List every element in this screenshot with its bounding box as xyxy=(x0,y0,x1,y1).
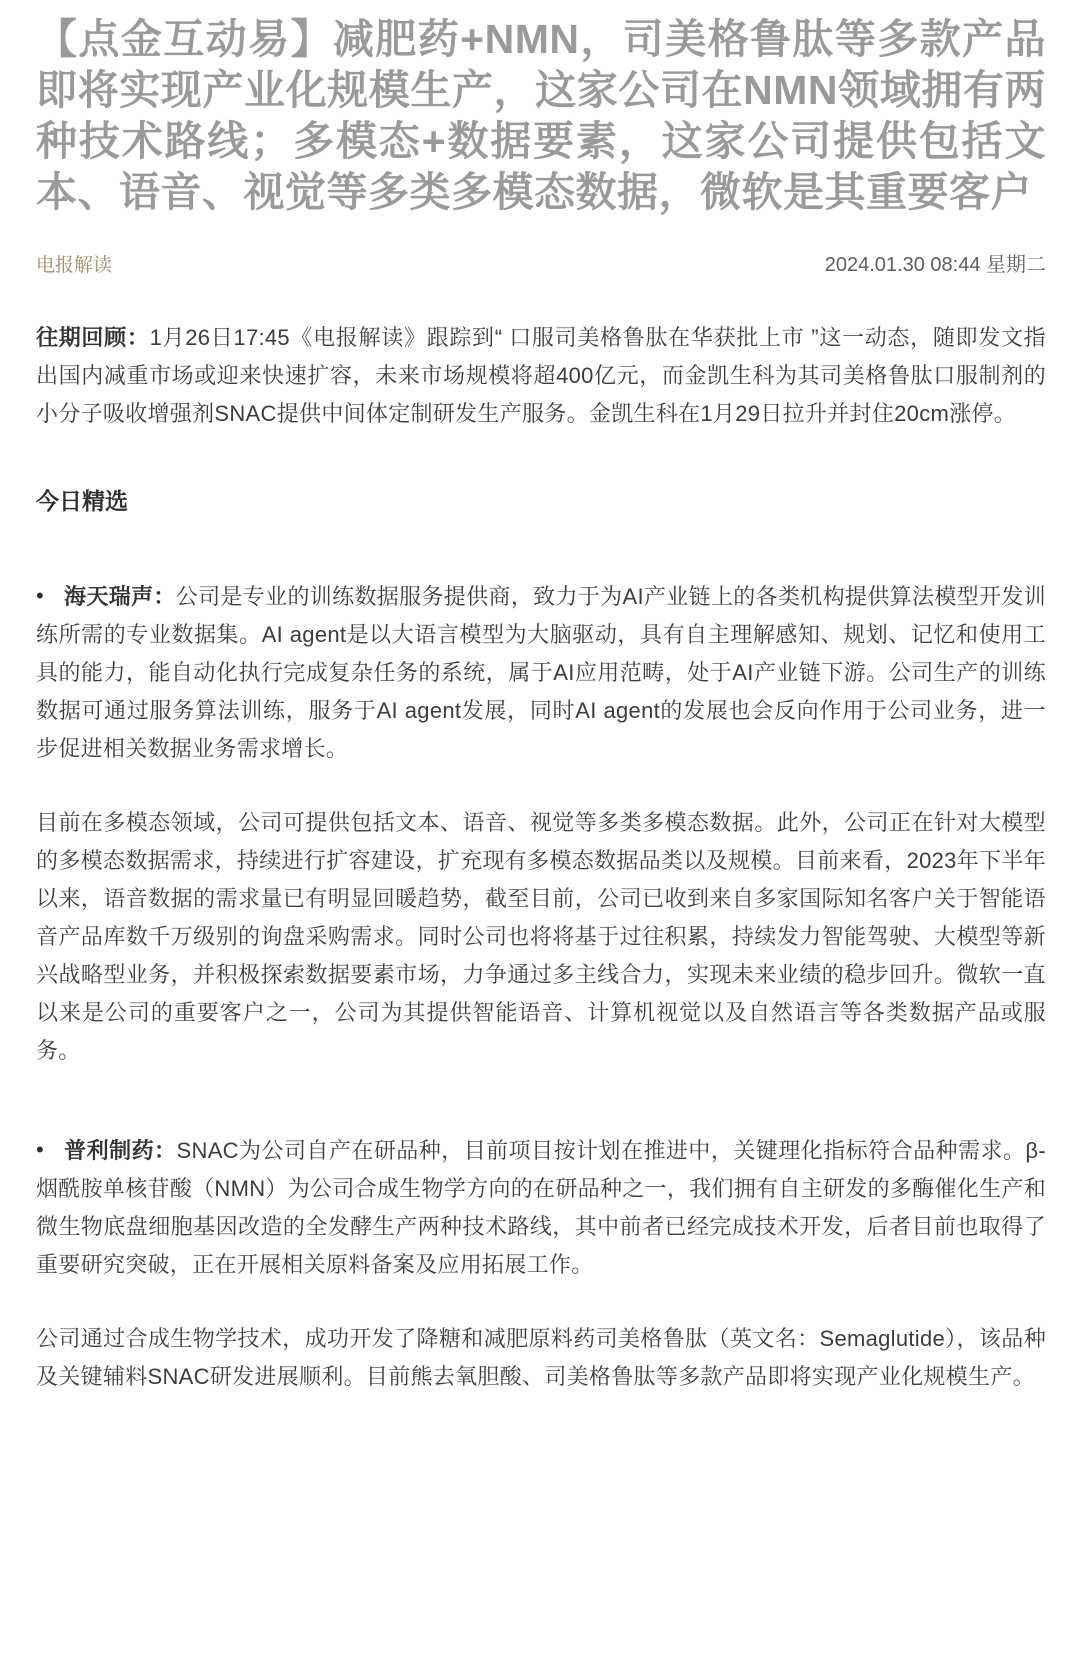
review-label: 往期回顾： xyxy=(36,325,150,350)
item-paragraph-text: SNAC为公司自产在研品种，目前项目按计划在推进中，关键理化指标符合品种需求。β… xyxy=(36,1138,1046,1277)
article-title: 【点金互动易】减肥药+NMN，司美格鲁肽等多款产品即将实现产业化规模生产，这家公… xyxy=(36,14,1046,218)
review-text: 1月26日17:45《电报解读》跟踪到“ 口服司美格鲁肽在华获批上市 ”这一动态… xyxy=(36,325,1046,426)
article-page: 【点金互动易】减肥药+NMN，司美格鲁肽等多款产品即将实现产业化规模生产，这家公… xyxy=(0,0,1080,1680)
company-name: 普利制药： xyxy=(64,1138,177,1163)
bullet-icon: • xyxy=(36,577,44,615)
company-name: 海天瑞声： xyxy=(64,584,176,609)
meta-row: 电报解读 2024.01.30 08:44 星期二 xyxy=(36,248,1046,277)
list-item-haitianruisheng: •海天瑞声：公司是专业的训练数据服务提供商，致力于为AI产业链上的各类机构提供算… xyxy=(36,578,1046,768)
publish-datetime: 2024.01.30 08:44 星期二 xyxy=(825,248,1046,277)
review-paragraph: 往期回顾：1月26日17:45《电报解读》跟踪到“ 口服司美格鲁肽在华获批上市 … xyxy=(36,319,1046,433)
today-section-heading: 今日精选 xyxy=(36,483,1046,516)
category-tag[interactable]: 电报解读 xyxy=(36,250,112,277)
bullet-icon: • xyxy=(36,1131,44,1169)
item-paragraph: 目前在多模态领域，公司可提供包括文本、语音、视觉等多类多模态数据。此外，公司正在… xyxy=(36,804,1046,1070)
list-item-pulizhiyao: •普利制药：SNAC为公司自产在研品种，目前项目按计划在推进中，关键理化指标符合… xyxy=(36,1132,1046,1284)
item-paragraph: 公司通过合成生物学技术，成功开发了降糖和减肥原料药司美格鲁肽（英文名：Semag… xyxy=(36,1320,1046,1396)
item-paragraph-text: 公司是专业的训练数据服务提供商，致力于为AI产业链上的各类机构提供算法模型开发训… xyxy=(36,584,1046,761)
